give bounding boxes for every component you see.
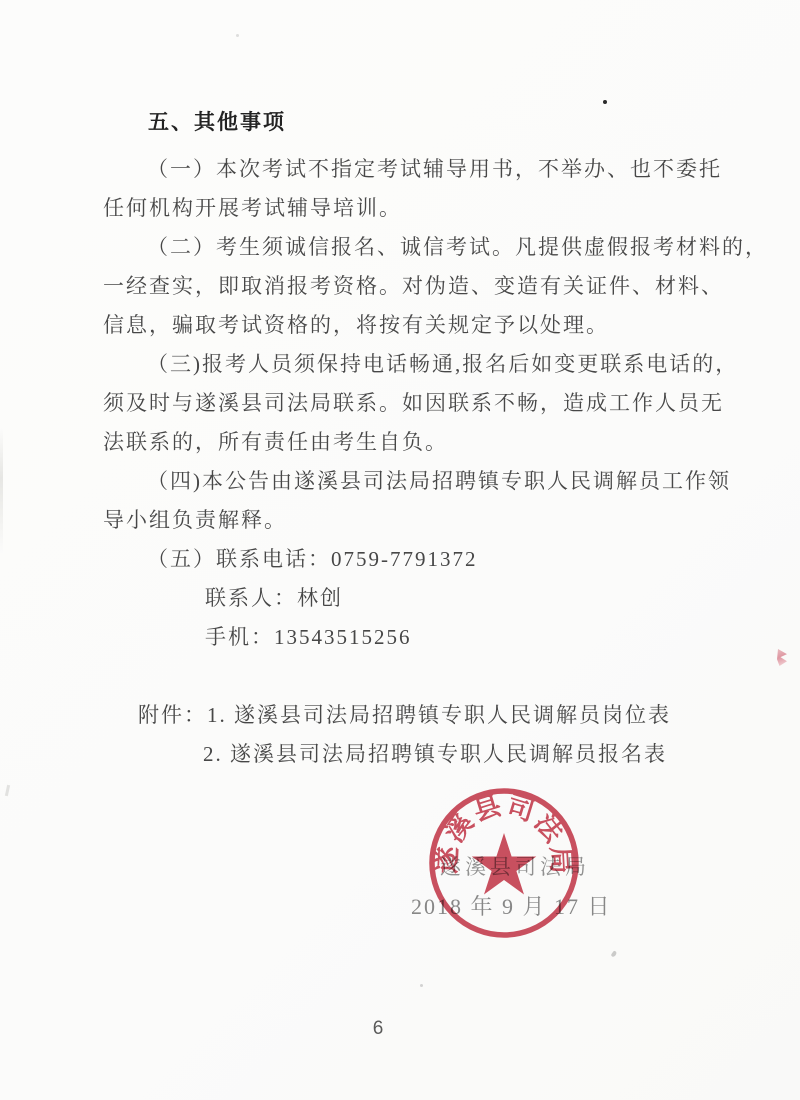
seal-star-icon: [472, 833, 537, 895]
scan-artifact-speck: [236, 34, 239, 37]
paragraph-line: 法联系的，所有责任由考生自负。: [103, 423, 723, 462]
paragraph-line: 导小组负责解释。: [103, 501, 723, 540]
seal-char: 溪: [439, 808, 479, 848]
contact-phone-line: （五）联系电话：0759-7791372: [103, 540, 723, 579]
page-number: 6: [358, 1018, 398, 1040]
scan-artifact-speck: [611, 950, 618, 957]
attachment-line-1: 附件：1. 遂溪县司法局招聘镇专职人民调解员岗位表: [103, 696, 723, 735]
paragraph-line: （四)本公告由遂溪县司法局招聘镇专职人民调解员工作领: [103, 462, 723, 501]
paragraph-line: 任何机构开展考试辅导培训。: [103, 189, 723, 228]
seal-char: 局: [545, 846, 576, 875]
seal-char: 司: [503, 790, 538, 827]
scan-artifact-speck: [420, 984, 423, 987]
section-heading: 五、其他事项: [148, 106, 286, 136]
blank-line: [103, 657, 723, 696]
scan-artifact-edge-smudge: [0, 428, 3, 553]
paragraph-line: （三)报考人员须保持电话畅通,报名后如变更联系电话的，: [103, 345, 723, 384]
paragraph-line: 信息，骗取考试资格的，将按有关规定予以处理。: [103, 306, 723, 345]
contact-mobile-line: 手机：13543515256: [103, 618, 723, 657]
paragraph-line: 一经查实，即取消报考资格。对伪造、变造有关证件、材料、: [103, 267, 723, 306]
contact-person-line: 联系人：林创: [103, 579, 723, 618]
seal-char: 遂: [431, 845, 463, 875]
seal-char: 县: [470, 790, 505, 827]
paragraph-line: 须及时与遂溪县司法局联系。如因联系不畅，造成工作人员无: [103, 384, 723, 423]
scanned-document-page: 五、其他事项 （一）本次考试不指定考试辅导用书，不举办、也不委托 任何机构开展考…: [0, 0, 800, 1100]
official-red-seal: 遂 溪 县 司 法 局: [394, 753, 614, 973]
document-body: （一）本次考试不指定考试辅导用书，不举办、也不委托 任何机构开展考试辅导培训。 …: [103, 150, 723, 774]
paragraph-line: （一）本次考试不指定考试辅导用书，不举办、也不委托: [103, 150, 723, 189]
scan-artifact-dot: [603, 100, 607, 104]
paragraph-line: （二）考生须诚信报名、诚信考试。凡提供虚假报考材料的，: [103, 228, 723, 267]
seal-char: 法: [529, 808, 570, 849]
scan-artifact-edge-mark: [5, 785, 10, 796]
scan-artifact-pink-mark: [777, 649, 787, 666]
